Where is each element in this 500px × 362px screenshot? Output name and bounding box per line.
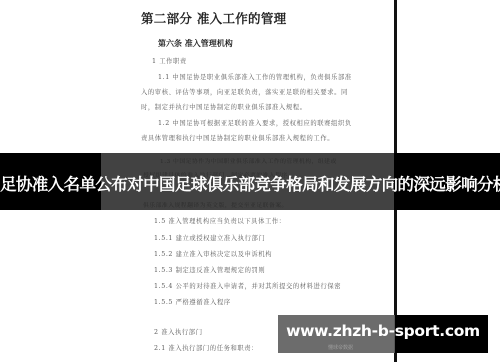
doc-line: 1.1 中国足协是职业俱乐部准入工作的管理机构，负责俱乐部准	[158, 72, 352, 81]
overlay-title: 足协准入名单公布对中国足球俱乐部竞争格局和发展方向的深远影响分析	[0, 171, 500, 195]
part-heading: 第二部分 准入工作的管理	[141, 9, 286, 27]
doc-line: 1 工作职责	[152, 56, 187, 65]
doc-line: 1.5.5 严格遵循准入程序	[154, 297, 231, 306]
doc-line: 1.5.4 公平的对待准入申请者，并对其所提交的材料进行保密	[154, 281, 341, 290]
doc-line: 1.5.2 建立准入审核决定以及申诉机构	[154, 249, 272, 258]
watermark-sub: 懂球帝数据	[328, 344, 353, 351]
doc-line: 2.1 准入执行部门的任务和职责：	[154, 343, 258, 352]
watermark-url: www.zhzh-b-sport.com	[278, 322, 488, 340]
doc-line: 2 准入执行部门	[154, 327, 203, 336]
doc-line: 1.5.1 建立或授权建立准入执行部门	[154, 233, 265, 242]
article-heading: 第六条 准入管理机构	[158, 38, 233, 49]
doc-line: 1.5 准入管理机构应当负责以下具体工作：	[154, 216, 286, 225]
band-doc-line: 俱乐部准入规程翻译为英文版，提交至亚足联备案。	[143, 200, 288, 209]
doc-line: 时，制定并执行中国足协制定的职业俱乐部准入规程。	[141, 102, 307, 111]
band-doc-line: 1.3 中国足协作为中国职业俱乐部准入工作的管理机构，组建或	[160, 156, 337, 165]
doc-line: 1.5.3 制定违反准入管理规定的罚则	[154, 265, 265, 274]
doc-line: 入的审核、评估等事项，向亚足联负责，落实亚足联的相关要求。同	[141, 87, 348, 96]
doc-line: 责具体管理和执行中国足协制定的职业俱乐部准入规程的工作。	[141, 133, 334, 142]
doc-line: 1.2 中国足协可根据亚足联的准入要求，授权相应的联赛组织负	[158, 118, 352, 127]
